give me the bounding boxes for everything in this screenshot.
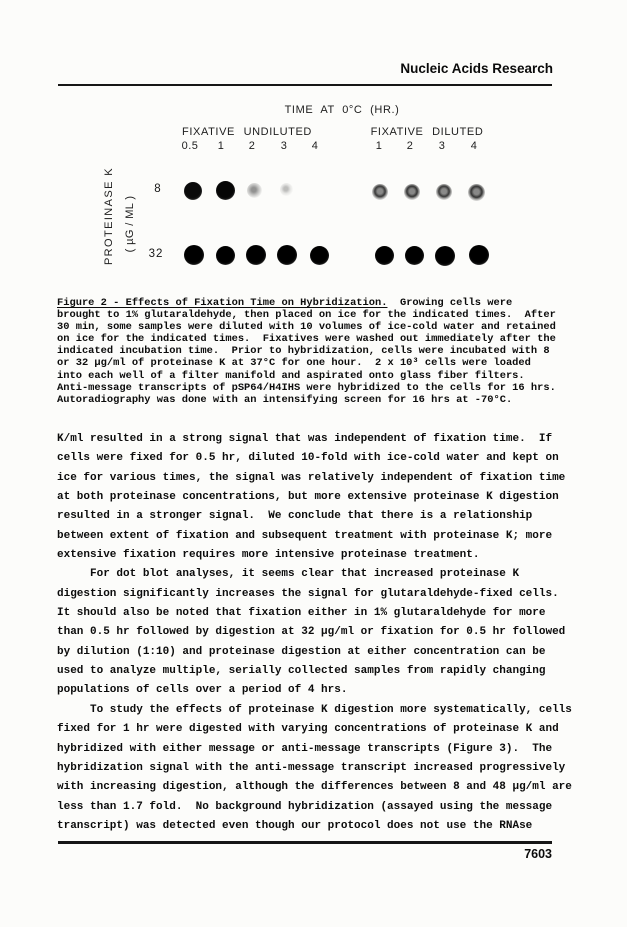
body-line: transcript) was detected even though our… bbox=[57, 817, 622, 836]
blot-dot bbox=[216, 246, 235, 265]
time-tick-label: 0.5 bbox=[182, 140, 199, 152]
group-label-fixative-undiluted: FIXATIVE UNDILUTED bbox=[182, 126, 312, 138]
figure-caption: Figure 2 - Effects of Fixation Time on H… bbox=[57, 297, 617, 406]
time-tick-label: 2 bbox=[407, 140, 414, 152]
body-line: less than 1.7 fold. No background hybrid… bbox=[57, 798, 622, 817]
time-tick-label: 3 bbox=[439, 140, 446, 152]
blot-dot bbox=[404, 184, 420, 200]
body-line: than 0.5 hr followed by digestion at 32 … bbox=[57, 623, 622, 642]
footer-rule bbox=[58, 841, 552, 844]
body-line: populations of cells over a period of 4 … bbox=[57, 681, 622, 700]
time-tick-label: 4 bbox=[312, 140, 319, 152]
body-line: cells were fixed for 0.5 hr, diluted 10-… bbox=[57, 449, 622, 468]
body-line: To study the effects of proteinase K dig… bbox=[57, 701, 622, 720]
body-line: digestion significantly increases the si… bbox=[57, 585, 622, 604]
blot-dot bbox=[469, 245, 489, 265]
page-number: 7603 bbox=[524, 847, 552, 861]
body-line: ice for various times, the signal was re… bbox=[57, 469, 622, 488]
caption-line: Figure 2 - Effects of Fixation Time on H… bbox=[57, 297, 617, 309]
journal-name: Nucleic Acids Research bbox=[400, 61, 553, 76]
blot-dot bbox=[372, 184, 388, 200]
body-line: hybridized with either message or anti-m… bbox=[57, 740, 622, 759]
body-line: It should also be noted that fixation ei… bbox=[57, 604, 622, 623]
time-tick-label: 1 bbox=[376, 140, 383, 152]
caption-line: Autoradiography was done with an intensi… bbox=[57, 394, 617, 406]
header-rule bbox=[58, 84, 552, 86]
blot-dot bbox=[436, 184, 452, 200]
y-axis-units-ug-ml: ( µG / ML ) bbox=[124, 196, 136, 253]
time-tick-label: 1 bbox=[218, 140, 225, 152]
caption-line: on ice for the indicated times. Fixative… bbox=[57, 333, 617, 345]
blot-dot bbox=[246, 245, 266, 265]
blot-dot bbox=[216, 181, 235, 200]
blot-dot bbox=[277, 245, 297, 265]
caption-line: indicated incubation time. Prior to hybr… bbox=[57, 345, 617, 357]
journal-page: { "header": { "journal": "Nucleic Acids … bbox=[0, 0, 627, 927]
body-line: fixed for 1 hr were digested with varyin… bbox=[57, 720, 622, 739]
caption-line: brought to 1% glutaraldehyde, then place… bbox=[57, 309, 617, 321]
blot-dot bbox=[184, 182, 202, 200]
caption-line: into each well of a filter manifold and … bbox=[57, 370, 617, 382]
row-label-32: 32 bbox=[149, 248, 164, 260]
group-label-fixative-diluted: FIXATIVE DILUTED bbox=[371, 126, 484, 138]
caption-line: or 32 µg/ml of proteinase K at 37°C for … bbox=[57, 357, 617, 369]
body-line: For dot blot analyses, it seems clear th… bbox=[57, 565, 622, 584]
blot-dot bbox=[310, 246, 329, 265]
blot-dot bbox=[405, 246, 424, 265]
body-line: by dilution (1:10) and proteinase digest… bbox=[57, 643, 622, 662]
figure-axis-title: TIME AT 0°C (HR.) bbox=[285, 104, 400, 116]
time-tick-label: 4 bbox=[471, 140, 478, 152]
body-line: extensive fixation requires more intensi… bbox=[57, 546, 622, 565]
body-line: between extent of fixation and subsequen… bbox=[57, 527, 622, 546]
body-line: with increasing digestion, although the … bbox=[57, 778, 622, 797]
blot-dot bbox=[375, 246, 394, 265]
blot-dot bbox=[247, 183, 262, 198]
blot-dot bbox=[280, 183, 293, 196]
time-tick-label: 3 bbox=[281, 140, 288, 152]
y-axis-label-proteinase-k: PROTEINASE K bbox=[103, 167, 115, 265]
body-line: at both proteinase concentrations, but m… bbox=[57, 488, 622, 507]
article-body-text: K/ml resulted in a strong signal that wa… bbox=[57, 430, 622, 836]
body-line: used to analyze multiple, serially colle… bbox=[57, 662, 622, 681]
row-label-8: 8 bbox=[154, 183, 161, 195]
blot-dot bbox=[468, 184, 485, 201]
blot-dot bbox=[435, 246, 455, 266]
body-line: hybridization signal with the anti-messa… bbox=[57, 759, 622, 778]
body-line: resulted in a stronger signal. We conclu… bbox=[57, 507, 622, 526]
body-line: K/ml resulted in a strong signal that wa… bbox=[57, 430, 622, 449]
time-tick-label: 2 bbox=[249, 140, 256, 152]
caption-line: 30 min, some samples were diluted with 1… bbox=[57, 321, 617, 333]
caption-line: Anti-message transcripts of pSP64/H4IHS … bbox=[57, 382, 617, 394]
blot-dot bbox=[184, 245, 204, 265]
